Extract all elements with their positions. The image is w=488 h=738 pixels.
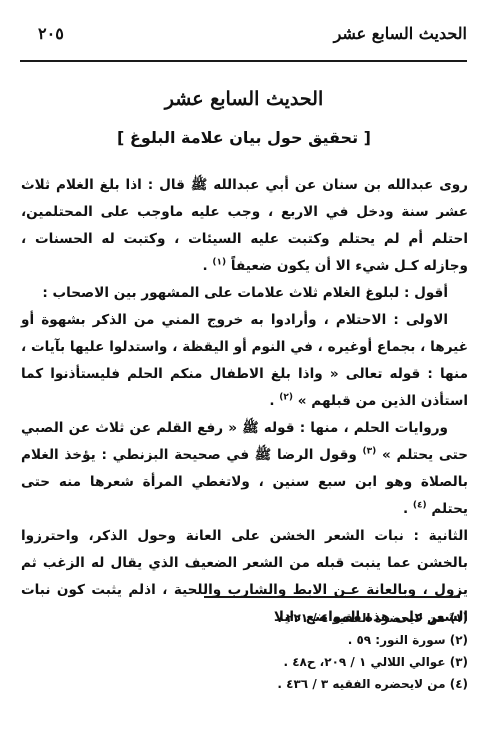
section-title: [ تحقيق حول بيان علامة البلوغ ] — [0, 128, 488, 147]
footnote-ref-2[interactable]: (٢) — [279, 392, 293, 402]
footnote-3: (٣) عوالي اللالي ١ / ٢٠٩، ح٤٨ . — [208, 651, 468, 673]
body-text: روى عبدالله بن سنان عن أبي عبدالله ﷺ قال… — [21, 172, 468, 631]
paragraph-tail: . — [403, 501, 413, 517]
paragraph-2: أقول : لبلوغ الغلام ثلاث علامات على المش… — [21, 280, 468, 307]
chapter-title: الحديث السابع عشر — [0, 88, 488, 110]
page-number: ٢٠٥ — [38, 24, 64, 43]
paragraph-text: روى عبدالله بن سنان عن أبي عبدالله ﷺ قال… — [21, 177, 468, 274]
running-title: الحديث السابع عشر — [334, 24, 467, 43]
paragraph-1: روى عبدالله بن سنان عن أبي عبدالله ﷺ قال… — [21, 172, 468, 280]
footnote-2: (٢) سورة النور: ٥٩ . — [208, 629, 468, 651]
footnote-rule — [204, 596, 460, 598]
footnotes: (١) من لايحضره الفقيه ٤ / ٢٢١ . (٢) سورة… — [208, 607, 468, 695]
paragraph-tail: . — [269, 393, 279, 409]
paragraph-3: الاولى : الاحتلام ، وأرادوا به خروج المن… — [21, 307, 468, 415]
paragraph-tail: . — [203, 258, 213, 274]
running-header: الحديث السابع عشر ٢٠٥ — [20, 22, 467, 52]
header-rule — [20, 60, 467, 62]
footnote-1: (١) من لايحضره الفقيه ٤ / ٢٢١ . — [208, 607, 468, 629]
document-page: الحديث السابع عشر ٢٠٥ الحديث السابع عشر … — [0, 0, 488, 738]
paragraph-text: أقول : لبلوغ الغلام ثلاث علامات على المش… — [42, 285, 448, 301]
paragraph-text: الاولى : الاحتلام ، وأرادوا به خروج المن… — [21, 312, 468, 409]
footnote-ref-3[interactable]: (٣) — [363, 446, 377, 456]
footnote-4: (٤) من لايحضره الفقيه ٣ / ٤٣٦ . — [208, 673, 468, 695]
paragraph-4: وروايات الحلم ، منها : قوله ﷺ « رفع القل… — [21, 415, 468, 523]
footnote-ref-4[interactable]: (٤) — [413, 500, 427, 510]
footnote-ref-1[interactable]: (١) — [212, 257, 226, 267]
